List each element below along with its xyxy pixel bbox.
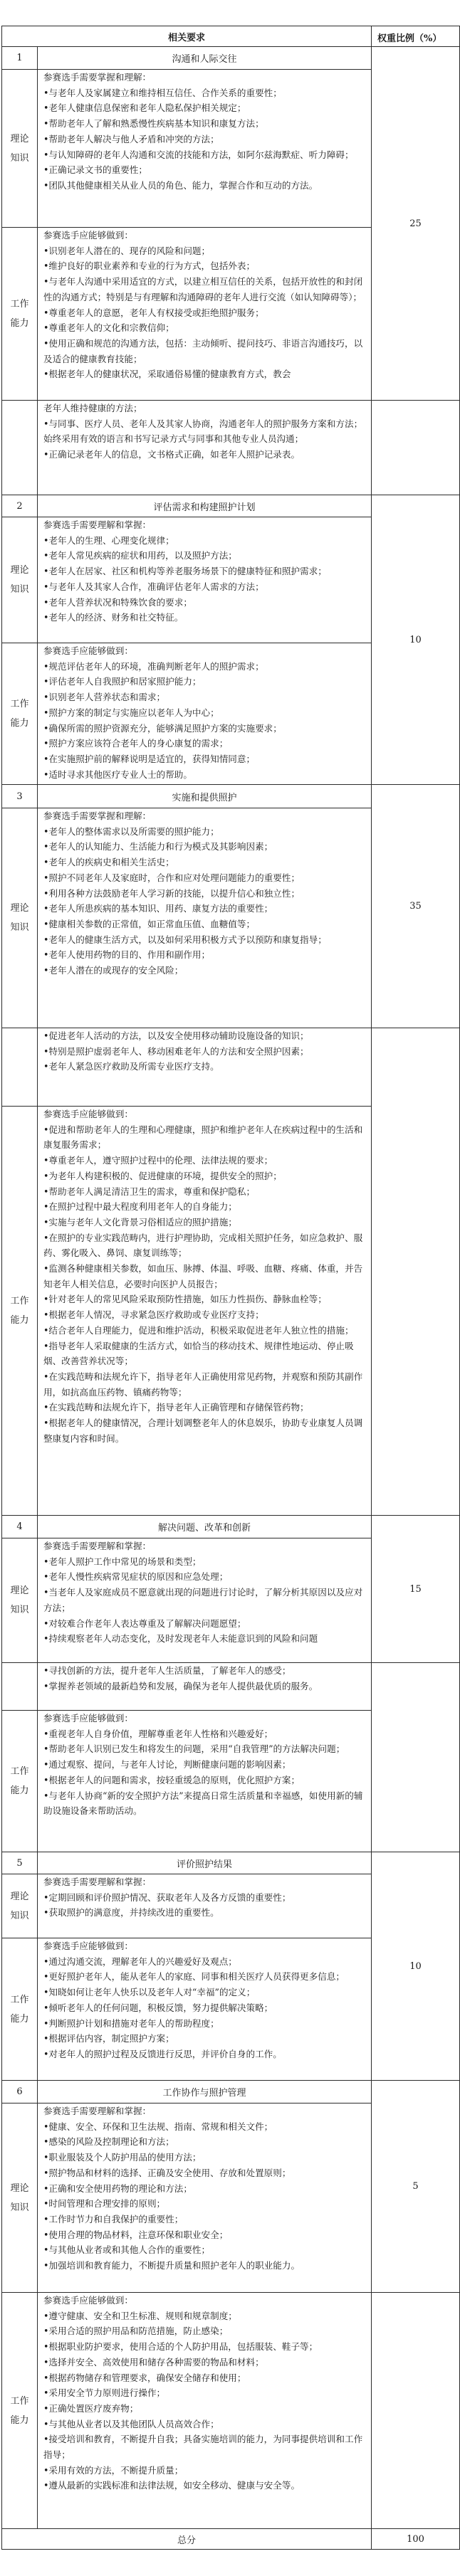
- intro-text: 参赛选手应能够做到：: [43, 1107, 365, 1122]
- requirement-item: •更好照护老年人，能从老年人的家庭、同事和相关医疗人员获得更多信息；: [43, 1969, 365, 1985]
- requirement-item: •掌握养老领域的最新趋势和发展，确保为老年人提供最优质的服务。: [43, 1679, 365, 1694]
- requirement-item: •团队其他健康相关从业人员的角色、能力，掌握合作和互动的方法。: [43, 178, 365, 194]
- requirement-item: •帮助老年人解决与他人矛盾和冲突的方法；: [43, 132, 365, 147]
- practice-content: 参赛选手应能够做到：•规范评估老年人的环境，准确判断老年人的照护需求；•评估老年…: [37, 643, 372, 785]
- requirement-item: •工作时节力和自我保护的重要性；: [43, 2212, 365, 2227]
- requirement-item: •与老年人及家属建立和维持相互信任、合作关系的重要性；: [43, 85, 365, 101]
- theory-label-text: 理论知识: [10, 561, 30, 599]
- intro-text: 参赛选手需要理解和掌握：: [43, 2103, 365, 2119]
- requirement-item: •为老年人构建积极的、促进健康的环境，提供安全的照护；: [43, 1168, 365, 1184]
- theory-content: 参赛选手需要理解和掌握：•老年人照护工作中常见的场景和类型；•老年人慢性疾病常见…: [37, 1538, 372, 1663]
- section-number: 3: [1, 784, 38, 808]
- section-title: 解决问题、改革和创新: [37, 1515, 372, 1538]
- requirement-item: •老年人的生理、心理变化规律；: [43, 533, 365, 549]
- requirement-item: •接受培训和教育，不断提升自我；具备实施培训的能力，为同事提供培训和工作指导；: [43, 2432, 365, 2462]
- practice-content: 参赛选手应能够做到：•促进和帮助老年人的生理和心理健康，照护和维护老年人在疾病过…: [37, 1106, 372, 1516]
- intro-text: 参赛选手需要掌握和理解：: [43, 808, 365, 824]
- requirement-item: •结合老年人自理能力，促进和维护活动，积极采取促进老年人独立性的措施；: [43, 1323, 365, 1339]
- requirement-item: •根据老年人的健康情况，合理计划调整老年人的休息娱乐，协助专业康复人员调整康复内…: [43, 1415, 365, 1446]
- practice-label: 工作能力: [1, 227, 38, 401]
- section-title: 评估需求和构建照护计划: [37, 495, 372, 517]
- requirement-item: •帮助老年人了解和熟悉慢性疾病基本知识和康复方法；: [43, 116, 365, 132]
- section-weight: 10: [371, 1852, 460, 2081]
- requirement-item: •维护良好的职业素养和专业的行为方式，包括外表；: [43, 258, 365, 274]
- requirement-item: •老年人所患疾病的基本知识、用药、康复方法的重要性；: [43, 901, 365, 917]
- practice-label: 工作能力: [1, 643, 38, 785]
- practice-label-text: 工作能力: [10, 295, 30, 333]
- requirement-item: •根据老年人的问题和需求，按轻重缓急的原则，优化照护方案；: [43, 1773, 365, 1788]
- requirement-item: •尊重老年人的文化和宗教信仰；: [43, 320, 365, 336]
- practice-content-continued: 老年人维持健康的方法；•与同事、医疗人员、老年人及其家人协商，沟通老年人的照护服…: [37, 400, 372, 495]
- requirement-item: •评估老年人自我照护和居家照护能力；: [43, 674, 365, 690]
- requirement-item: •与老年人及其家人合作，准确评估老年人需求的方法；: [43, 579, 365, 595]
- intro-text: 参赛选手应能够做到：: [43, 1711, 365, 1726]
- theory-label: 理论知识: [1, 1874, 38, 1938]
- requirement-item: •促进和帮助老年人的生理和心理健康，照护和维护老年人在疾病过程中的生活和康复服务…: [43, 1122, 365, 1153]
- theory-label-text: 理论知识: [10, 1581, 30, 1620]
- requirement-item: •老年人营养状况和特殊饮食的要求；: [43, 595, 365, 611]
- requirement-item: •感染的风险及控制理论和方法；: [43, 2134, 365, 2150]
- theory-label-continued: [1, 1028, 38, 1107]
- requirement-item: •健康相关参数的正常值，如正常血压值、血糖值等；: [43, 917, 365, 932]
- section-title: 实施和提供照护: [37, 784, 372, 808]
- weighting-table: 相关要求权重比例（%）1沟通和人际交往理论知识参赛选手需要掌握和理解：•与老年人…: [0, 0, 460, 2576]
- requirement-item: •加强培训和教育能力，不断提升质量和照护老年人的职业能力。: [43, 2258, 365, 2274]
- theory-label-text: 理论知识: [10, 130, 30, 168]
- intro-text: 参赛选手应能够做到：: [43, 228, 365, 243]
- practice-label-text: 工作能力: [10, 1990, 30, 2029]
- intro-text: 参赛选手需要理解和掌握：: [43, 517, 365, 533]
- requirement-item: •正确和安全使用药物的理论和方法；: [43, 2181, 365, 2197]
- section-number: 5: [1, 1852, 38, 1874]
- requirement-item: •使用正确和规范的沟通方法，包括：主动倾听、提问技巧、非语言沟通技巧，以及适合的…: [43, 336, 365, 366]
- intro-text: 参赛选手应能够做到：: [43, 1938, 365, 1954]
- requirement-item: •与认知障碍的老年人沟通和交流的技能和方法，如阿尔兹海默症、听力障碍；: [43, 147, 365, 163]
- weight-continued: [371, 1028, 460, 1516]
- requirement-item: •采用有效的方法，不断提升质量；: [43, 2463, 365, 2479]
- requirement-item: •在照护的专业实践范畴内，进行护理协助，完成相关照护任务，如应急救护、服药、雾化…: [43, 1230, 365, 1261]
- requirement-item: •确保所需的照护资源充分，能够满足照护方案的实施要求；: [43, 721, 365, 737]
- requirement-item: •促进老年人活动的方法，以及安全使用移动辅助设施设备的知识；: [43, 1028, 365, 1044]
- requirement-item: •对老年人的照护过程及反馈进行反思，并评价自身的工作。: [43, 2047, 365, 2062]
- requirement-item: •识别老年人潜在的、现存的风险和问题；: [43, 243, 365, 259]
- requirement-item: •实施与老年人文化背景习俗相适应的照护措施；: [43, 1215, 365, 1230]
- weight-continued: [371, 1662, 460, 1852]
- requirement-item: •老年人使用药物的目的、作用和副作用；: [43, 947, 365, 963]
- weight-continued: [371, 2292, 460, 2529]
- requirement-item: •老年人潜在的或现存的安全风险；: [43, 963, 365, 978]
- requirement-item: •老年人的经济、财务和社交特征。: [43, 610, 365, 625]
- practice-label-continued: [1, 400, 38, 495]
- requirement-item: •对较难合作老年人表达尊重及了解解决问题愿望；: [43, 1616, 365, 1632]
- section-title: 工作协作与照护管理: [37, 2080, 372, 2103]
- requirement-item: •遵守健康、安全和卫生标准、规则和规章制度；: [43, 2308, 365, 2324]
- requirement-item: •指导老年人采取健康的生活方式，如恰当的移动技术、规律性地运动、停止吸烟、改善营…: [43, 1339, 365, 1369]
- requirement-item: •利用各种方法鼓励老年人学习新的技能，以提升信心和独立性；: [43, 886, 365, 902]
- requirement-item: •健康、安全、环保和卫生法规、指南、常规和相关文件；: [43, 2119, 365, 2135]
- weight-continued: [371, 400, 460, 495]
- intro-text: 参赛选手需要掌握和理解：: [43, 70, 365, 85]
- requirement-item: •帮助老年人满足清洁卫生的需求，尊重和保护隐私；: [43, 1184, 365, 1200]
- requirement-item: •与其他从业者以及其他团队人员高效合作；: [43, 2417, 365, 2432]
- requirement-item: •持续观察老年人动态变化，及时发现老年人未能意识到的风险和问题: [43, 1631, 365, 1647]
- requirement-item: •老年人慢性疾病常见症状的原因和应急处理；: [43, 1569, 365, 1585]
- requirement-item: •老年人常见疾病的症状和用药，以及照护方法；: [43, 548, 365, 564]
- practice-label: 工作能力: [1, 1106, 38, 1516]
- theory-label-text: 理论知识: [10, 2179, 30, 2217]
- theory-content: 参赛选手需要理解和掌握：•老年人的生理、心理变化规律；•老年人常见疾病的症状和用…: [37, 517, 372, 643]
- requirement-item: •帮助老年人识别已发生和将发生的问题，采用“自我管理”的方法解决问题；: [43, 1741, 365, 1757]
- section-number: 4: [1, 1515, 38, 1538]
- requirement-item: •老年人的健康生活方式，以及如何采用积极方式予以预防和康复指导；: [43, 932, 365, 948]
- requirement-item: •在实施照护前的解释说明是适宜的，获得知情同意；: [43, 751, 365, 767]
- requirement-item: •规范评估老年人的环境，准确判断老年人的照护需求；: [43, 659, 365, 675]
- requirement-item: •照护方案的制定与实施应以老年人为中心；: [43, 705, 365, 721]
- header-requirements: 相关要求: [1, 26, 372, 47]
- requirement-item: •照护物品和材料的选择、正确及安全使用、存放和处置原则；: [43, 2165, 365, 2181]
- intro-text: 参赛选手需要理解和掌握：: [43, 1538, 365, 1554]
- requirement-item: •当老年人及家庭成员不愿意就出现的问题进行讨论时，了解分析其原因以及应对方法；: [43, 1585, 365, 1615]
- section-title: 评价照护结果: [37, 1852, 372, 1874]
- requirement-item: •与同事、医疗人员、老年人及其家人协商，沟通老年人的照护服务方案和方法；始终采用…: [43, 416, 365, 447]
- practice-label: 工作能力: [1, 1710, 38, 1852]
- total-value: 100: [371, 2528, 460, 2550]
- practice-label-text: 工作能力: [10, 1762, 30, 1800]
- theory-label: 理论知识: [1, 517, 38, 643]
- requirement-item: •尊重老年人，遵守照护过程中的伦理、法律法规的要求；: [43, 1153, 365, 1168]
- theory-content-continued: •促进老年人活动的方法，以及安全使用移动辅助设施设备的知识；•特别是照护虚弱老年…: [37, 1028, 372, 1107]
- practice-label: 工作能力: [1, 2292, 38, 2529]
- practice-label-text: 工作能力: [10, 1292, 30, 1330]
- theory-label: 理论知识: [1, 808, 38, 1028]
- theory-content: 参赛选手需要理解和掌握：•健康、安全、环保和卫生法规、指南、常规和相关文件；•感…: [37, 2103, 372, 2293]
- requirement-item: •照护不同老年人及家庭时，合作和应对处理问题能力的重要性；: [43, 870, 365, 886]
- requirement-item: •与老年人沟通中采用适宜的方式，以建立相互信任的关系，包括开放性的和封闭性的沟通…: [43, 274, 365, 305]
- theory-label: 理论知识: [1, 69, 38, 228]
- requirement-item: •老年人的疾病史和相关生活史；: [43, 855, 365, 870]
- requirement-item: •获取照护的满意度，并持续改进的重要性。: [43, 1905, 365, 1921]
- requirement-item: •正确处置医疗废弃物；: [43, 2401, 365, 2417]
- theory-label: 理论知识: [1, 2103, 38, 2293]
- intro-text: 参赛选手需要理解和掌握：: [43, 1874, 365, 1890]
- requirement-item: •定期回顾和评价照护情况、获取老年人及各方反馈的重要性；: [43, 1890, 365, 1906]
- theory-content-continued: •寻找创新的方法，提升老年人生活质量，了解老年人的感受；•掌握养老领域的最新趋势…: [37, 1662, 372, 1711]
- requirement-item: •老年人的认知能力、生活能力和行为模式及其影响因素；: [43, 839, 365, 855]
- practice-content: 参赛选手应能够做到：•遵守健康、安全和卫生标准、规则和规章制度；•采用合适的照护…: [37, 2292, 372, 2529]
- requirement-item: •照护方案应该符合老年人的身心康复的需求；: [43, 736, 365, 751]
- requirement-item: •采用合适的照护用品和防范措施，防止感染；: [43, 2323, 365, 2339]
- requirement-item: •正确记录老年人的信息，文书格式正确，如老年人照护记录表。: [43, 447, 365, 463]
- requirement-item: •老年人紧急医疗救助及所需专业医疗支持。: [43, 1059, 365, 1075]
- requirement-item: •知晓如何让老年人快乐以及老年人对“幸福”的定义；: [43, 1985, 365, 2000]
- requirement-item: •职业服装及个人防护用品的使用方法；: [43, 2150, 365, 2165]
- requirement-item: •老年人健康信息保密和老年人隐私保护相关规定；: [43, 100, 365, 116]
- theory-content: 参赛选手需要理解和掌握：•定期回顾和评价照护情况、获取老年人及各方反馈的重要性；…: [37, 1874, 372, 1938]
- requirement-item: •寻找创新的方法，提升老年人生活质量，了解老年人的感受；: [43, 1663, 365, 1679]
- requirement-item: •根据老年人情况，寻求紧急医疗救助或专业医疗支持；: [43, 1307, 365, 1323]
- requirement-item: •与老年人协商“新的安全照护方法”来提高日常生活质量和幸福感，如使用新的辅助设施…: [43, 1788, 365, 1819]
- theory-label-text: 理论知识: [10, 899, 30, 937]
- theory-label: 理论知识: [1, 1538, 38, 1663]
- requirement-item: •监测各种健康相关参数，如血压、脉搏、体温、呼吸、血糖、疼痛、体重，并告知老年人…: [43, 1261, 365, 1292]
- requirement-item: •采用安全节力原则进行操作；: [43, 2385, 365, 2401]
- requirement-item: •在照护过程中最大程度利用老年人的自身能力；: [43, 1199, 365, 1215]
- requirement-item: •适时寻求其他医疗专业人士的帮助。: [43, 767, 365, 783]
- requirement-item: •根据药物储存和管理要求，确保安全储存和使用；: [43, 2370, 365, 2386]
- requirement-item: •与其他从业者或和其他人合作的重要性；: [43, 2242, 365, 2258]
- practice-content: 参赛选手应能够做到：•识别老年人潜在的、现存的风险和问题；•维护良好的职业素养和…: [37, 227, 372, 401]
- intro-text: 参赛选手应能够做到：: [43, 643, 365, 659]
- requirement-item: •遵从最新的实践标准和法律法规，如安全移动、健康与安全等。: [43, 2478, 365, 2493]
- section-title: 沟通和人际交往: [37, 46, 372, 70]
- requirement-item: •特别是照护虚弱老年人、移动困难老年人的方法和安全照护因素；: [43, 1044, 365, 1060]
- total-label: 总分: [1, 2528, 372, 2550]
- requirement-item: •通过沟通交流，理解老年人的兴趣爱好及观点；: [43, 1954, 365, 1970]
- requirement-item: •正确记录文书的重要性；: [43, 162, 365, 178]
- practice-content: 参赛选手应能够做到：•通过沟通交流，理解老年人的兴趣爱好及观点；•更好照护老年人…: [37, 1938, 372, 2081]
- requirement-item: •根据评估内容，制定照护方案；: [43, 2031, 365, 2047]
- requirement-item: •老年人照护工作中常见的场景和类型；: [43, 1554, 365, 1570]
- practice-label-text: 工作能力: [10, 695, 30, 733]
- requirement-item: •老年人在居家、社区和机构等养老服务场景下的健康特征和照护需求；: [43, 564, 365, 579]
- requirement-item: •根据老年人的健康状况，采取通俗易懂的健康教育方式，教会: [43, 366, 365, 382]
- requirement-item: 老年人维持健康的方法；: [43, 401, 365, 416]
- requirement-item: •针对老年人的常见风险采取预防性措施，如压力性损伤、静脉血栓等；: [43, 1292, 365, 1307]
- requirement-item: •在实践范畴和法规允许下，指导老年人正确使用常见药物，并观察和预防其副作用，如抗…: [43, 1369, 365, 1400]
- theory-label-text: 理论知识: [10, 1887, 30, 1926]
- requirement-item: •根据职业防护要求，使用合适的个人防护用品，包括服装、鞋子等；: [43, 2339, 365, 2355]
- requirement-item: •老年人的整体需求以及所需要的照护能力；: [43, 824, 365, 840]
- requirement-item: •在实践范畴和法规允许下，指导老年人正确管理和存储保管药物；: [43, 1400, 365, 1415]
- section-number: 1: [1, 46, 38, 70]
- theory-content: 参赛选手需要掌握和理解：•老年人的整体需求以及所需要的照护能力；•老年人的认知能…: [37, 808, 372, 1028]
- section-number: 2: [1, 495, 38, 517]
- practice-label-text: 工作能力: [10, 2392, 30, 2430]
- section-weight: 15: [371, 1515, 460, 1663]
- theory-content: 参赛选手需要掌握和理解：•与老年人及家属建立和维持相互信任、合作关系的重要性；•…: [37, 69, 372, 228]
- practice-label: 工作能力: [1, 1938, 38, 2081]
- requirement-item: •时间管理和合理安排的原则；: [43, 2196, 365, 2212]
- requirement-item: •重视老年人自身价值，理解尊重老年人性格和兴趣爱好；: [43, 1726, 365, 1742]
- section-weight: 35: [371, 784, 460, 1028]
- section-weight: 25: [371, 46, 460, 401]
- practice-content: 参赛选手应能够做到：•重视老年人自身价值，理解尊重老年人性格和兴趣爱好；•帮助老…: [37, 1710, 372, 1852]
- requirement-item: •使用合理的物品材料，注意环保和职业安全；: [43, 2227, 365, 2243]
- requirement-item: •判断照护计划和措施对老年人的帮助程度；: [43, 2016, 365, 2032]
- requirement-item: •选择并安全、高效使用和储存各种需要的物品和材料；: [43, 2355, 365, 2370]
- requirement-item: •通过观察、提问，与老年人讨论，判断健康问题的影响因素；: [43, 1757, 365, 1773]
- section-weight: 10: [371, 495, 460, 785]
- requirement-item: •尊重老年人的意愿，老年人有权接受或拒绝照护服务；: [43, 305, 365, 321]
- requirement-item: •识别老年人营养状态和需求；: [43, 690, 365, 705]
- intro-text: 参赛选手应能够做到：: [43, 2293, 365, 2308]
- section-weight: 5: [371, 2080, 460, 2293]
- header-weight: 权重比例（%）: [371, 26, 460, 47]
- section-number: 6: [1, 2080, 38, 2103]
- requirement-item: •倾听老年人的任何问题，积极反馈，努力提供解决策略；: [43, 2000, 365, 2016]
- theory-label-continued: [1, 1662, 38, 1711]
